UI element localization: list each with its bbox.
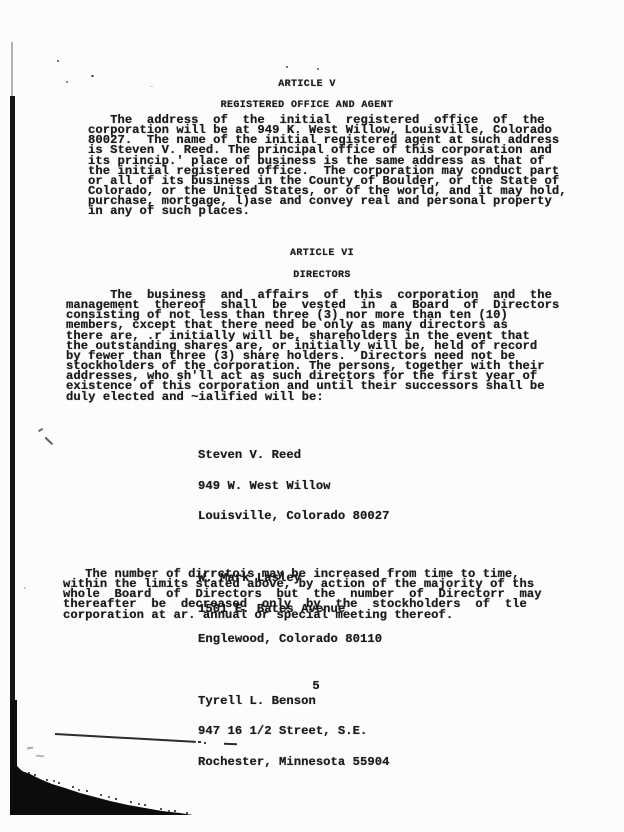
director-address-block: Steven V. Reed 949 W. West Willow Louisv… xyxy=(198,430,498,542)
scan-pen-tick xyxy=(45,437,53,445)
director-city: Louisville, Colorado 80027 xyxy=(198,511,498,521)
scan-pen-tick xyxy=(38,428,43,432)
director-name: Steven V. Reed xyxy=(198,450,498,460)
director-street: 949 W. West Willow xyxy=(198,481,498,491)
scan-smudge xyxy=(36,755,44,757)
document-line: duly elected and ~ialified will be: xyxy=(66,392,566,402)
article-vi-title: ARTICLE VI xyxy=(82,249,562,259)
director-street: 947 16 1/2 Street, S.E. xyxy=(198,726,498,736)
article-v-paragraph: The address of the initial registered of… xyxy=(88,115,580,217)
scan-dot xyxy=(57,60,59,62)
article-vi-paragraph-2: The number of dirrctois may be increased… xyxy=(63,569,563,620)
director-city: Englewood, Colorado 80110 xyxy=(198,634,498,644)
scanned-document-page: ARTICLE V REGISTERED OFFICE AND AGENT Th… xyxy=(0,0,624,832)
article-vi-subtitle: DIRECTORS xyxy=(82,271,562,281)
scan-dot xyxy=(24,587,26,589)
scan-dot xyxy=(317,68,319,70)
scan-edge-bar-lower xyxy=(10,700,17,814)
scan-edge-line xyxy=(11,42,13,100)
scan-blob-speckles xyxy=(20,770,22,772)
scan-dot xyxy=(286,66,288,68)
article-v-subtitle: REGISTERED OFFICE AND AGENT xyxy=(67,101,547,111)
document-line: corporation at ar. annual or special mee… xyxy=(63,610,563,620)
director-name: Tyrell L. Benson xyxy=(198,696,498,706)
scan-dot xyxy=(91,75,94,77)
scan-edge-bar xyxy=(10,96,15,756)
scan-smudge xyxy=(27,746,33,749)
page-number: 5 xyxy=(66,681,566,691)
article-v-title: ARTICLE V xyxy=(67,80,547,90)
director-city: Rochester, Minnesota 55904 xyxy=(198,757,498,767)
scan-stray-line xyxy=(55,733,196,742)
article-vi-paragraph-1: The business and affairs of this corpora… xyxy=(66,290,566,402)
director-address-block: Tyrell L. Benson 947 16 1/2 Street, S.E.… xyxy=(198,675,498,787)
scan-corner-blob xyxy=(10,766,195,815)
